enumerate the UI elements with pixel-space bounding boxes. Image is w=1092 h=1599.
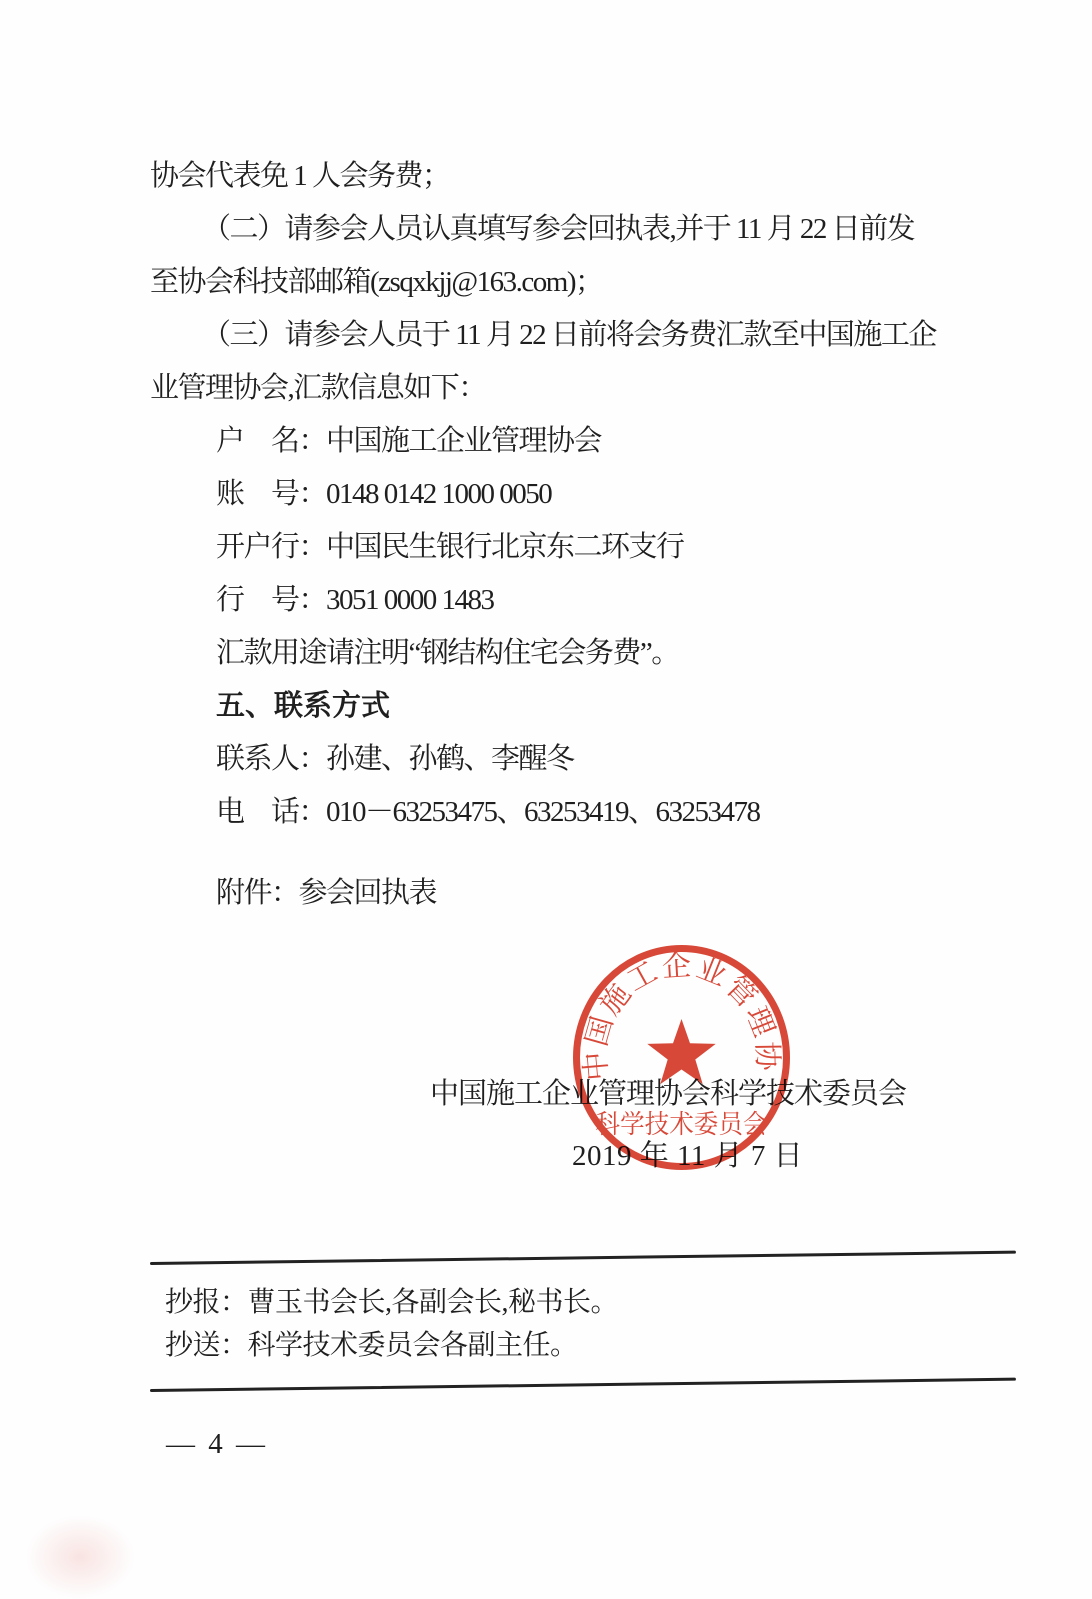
fee-waiver-line: 协会代表免 1 人会务费； [150, 150, 1020, 203]
bank-number-line: 行 号：3051 0000 1483 [150, 574, 1020, 627]
remit-note-line: 汇款用途请注明“钢结构住宅会务费”。 [150, 627, 1020, 680]
footer-bottom-rule [150, 1378, 1016, 1392]
copy-send-line: 抄送：科学技术委员会各副主任。 [165, 1326, 578, 1366]
item3-line1: （三）请参会人员于 11 月 22 日前将会务费汇款至中国施工企 [150, 309, 1020, 362]
item2-line2: 至协会科技部邮箱(zsqxkjj@163.com)； [150, 256, 1020, 309]
contact-persons-line: 联系人：孙建、孙鹤、李醒冬 [150, 733, 1020, 786]
item3-line2: 业管理协会,汇款信息如下： [150, 362, 1020, 415]
seal-bottom-text: 科学技术委员会 [596, 1110, 768, 1139]
document-body: 协会代表免 1 人会务费； （二）请参会人员认真填写参会回执表,并于 11 月 … [150, 150, 1020, 920]
account-number-line: 账 号：0148 0142 1000 0050 [150, 468, 1020, 521]
seal-star-icon [647, 1019, 715, 1084]
account-name-line: 户 名：中国施工企业管理协会 [150, 415, 1020, 468]
item2-line1: （二）请参会人员认真填写参会回执表,并于 11 月 22 日前发 [150, 203, 1020, 256]
document-page: 协会代表免 1 人会务费； （二）请参会人员认真填写参会回执表,并于 11 月 … [0, 0, 1092, 1599]
scan-smudge-artifact [25, 1515, 135, 1599]
bank-name-line: 开户行：中国民生银行北京东二环支行 [150, 521, 1020, 574]
footer-top-rule [150, 1251, 1016, 1265]
official-seal: 中国施工企业管理协会 科学技术委员会 [565, 937, 798, 1178]
copy-report-line: 抄报：曹玉书会长,各副会长,秘书长。 [165, 1283, 618, 1323]
attachment-line: 附件：参会回执表 [150, 867, 1020, 920]
page-number: — 4 — [166, 1428, 268, 1461]
section5-heading: 五、联系方式 [150, 680, 1020, 733]
phone-numbers-line: 电 话：010－63253475、63253419、63253478 [150, 786, 1020, 839]
